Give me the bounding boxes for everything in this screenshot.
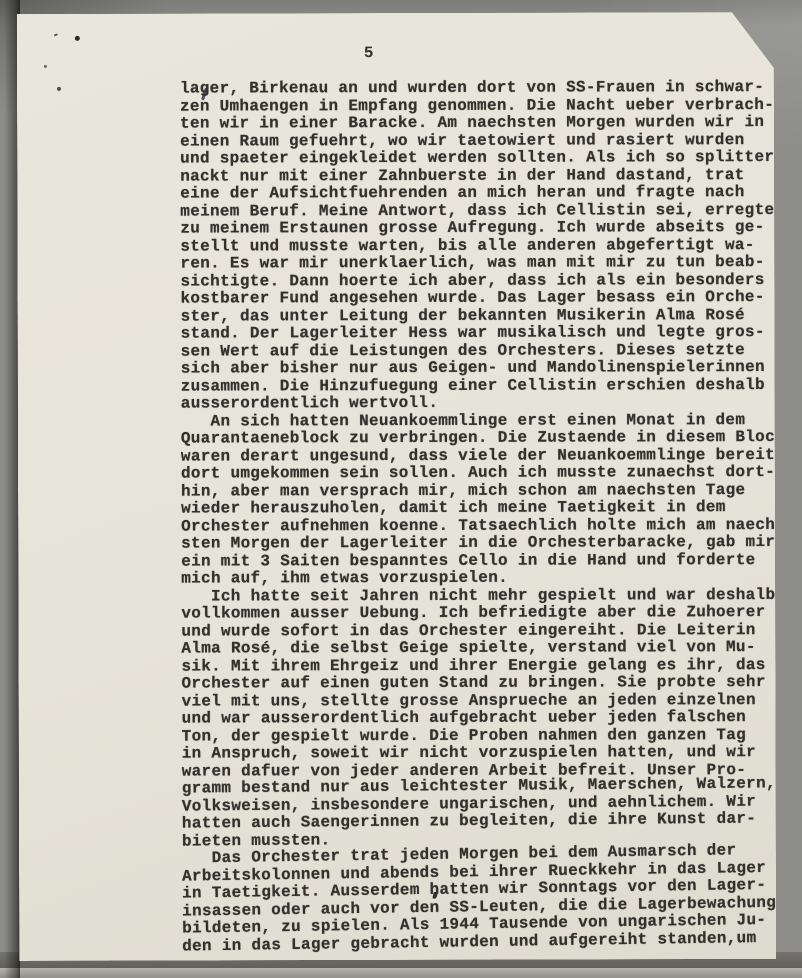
document-page: 5 lager, Birkenau an und wurden dort von… — [17, 12, 776, 961]
bottom-edge-band — [0, 968, 802, 978]
text-line: zu meinem Erstaunen grosse Aufregung. Ic… — [180, 219, 774, 238]
text-line: Alma Rosé, die selbst Geige spielte, ver… — [181, 639, 775, 658]
text-line: Quarantaeneblock zu verbringen. Die Zust… — [181, 429, 775, 448]
text-line: dort umgekommen sein sollen. Auch ich mu… — [181, 464, 775, 483]
text-line: stand. Der Lagerleiter Hess war musikali… — [181, 324, 775, 343]
text-line: Orchester auf einen guten Stand zu bring… — [181, 674, 775, 693]
text-line: ein mit 3 Saiten bespanntes Cello in die… — [181, 552, 775, 571]
text-line: ten wir in einer Baracke. Am naechsten M… — [180, 114, 774, 133]
text-line: vollkommen ausser Uebung. Ich befriedigt… — [181, 604, 775, 623]
document-text: lager, Birkenau an und wurden dort von S… — [180, 79, 776, 956]
ink-speck — [75, 36, 80, 41]
text-line: wieder herauszuholen, damit ich meine Ta… — [181, 499, 775, 518]
page-number: 5 — [364, 44, 374, 62]
text-line: eine der Aufsichtfuehrenden an mich hera… — [180, 184, 774, 203]
text-line: in Anspruch, soweit wir nicht vorzuspiel… — [182, 744, 776, 763]
text-line: kostbarer Fund angesehen wurde. Das Lage… — [180, 289, 774, 308]
text-line: ren. Es war mir unerklaerlich, was man m… — [180, 254, 774, 273]
ink-speck — [54, 33, 58, 37]
text-line: ausserordentlich wertvoll. — [181, 394, 775, 413]
text-line: lager, Birkenau an und wurden dort von S… — [180, 79, 774, 98]
photo-background: 5 lager, Birkenau an und wurden dort von… — [0, 0, 802, 978]
text-line: sten Morgen der Lagerleiter in die Orche… — [181, 534, 775, 553]
text-line: mich auf, ihm etwas vorzuspielen. — [181, 569, 775, 588]
ink-speck — [44, 65, 47, 68]
text-line: und war ausserordentlich aufgebracht ueb… — [182, 709, 776, 728]
text-line: sich aber bisher nur aus Geigen- und Man… — [181, 359, 775, 378]
text-line: und spaeter eingekleidet werden sollten.… — [180, 149, 774, 168]
text-line: zusammen. Die Hinzufuegung einer Cellist… — [181, 377, 775, 396]
ink-speck — [57, 87, 61, 91]
